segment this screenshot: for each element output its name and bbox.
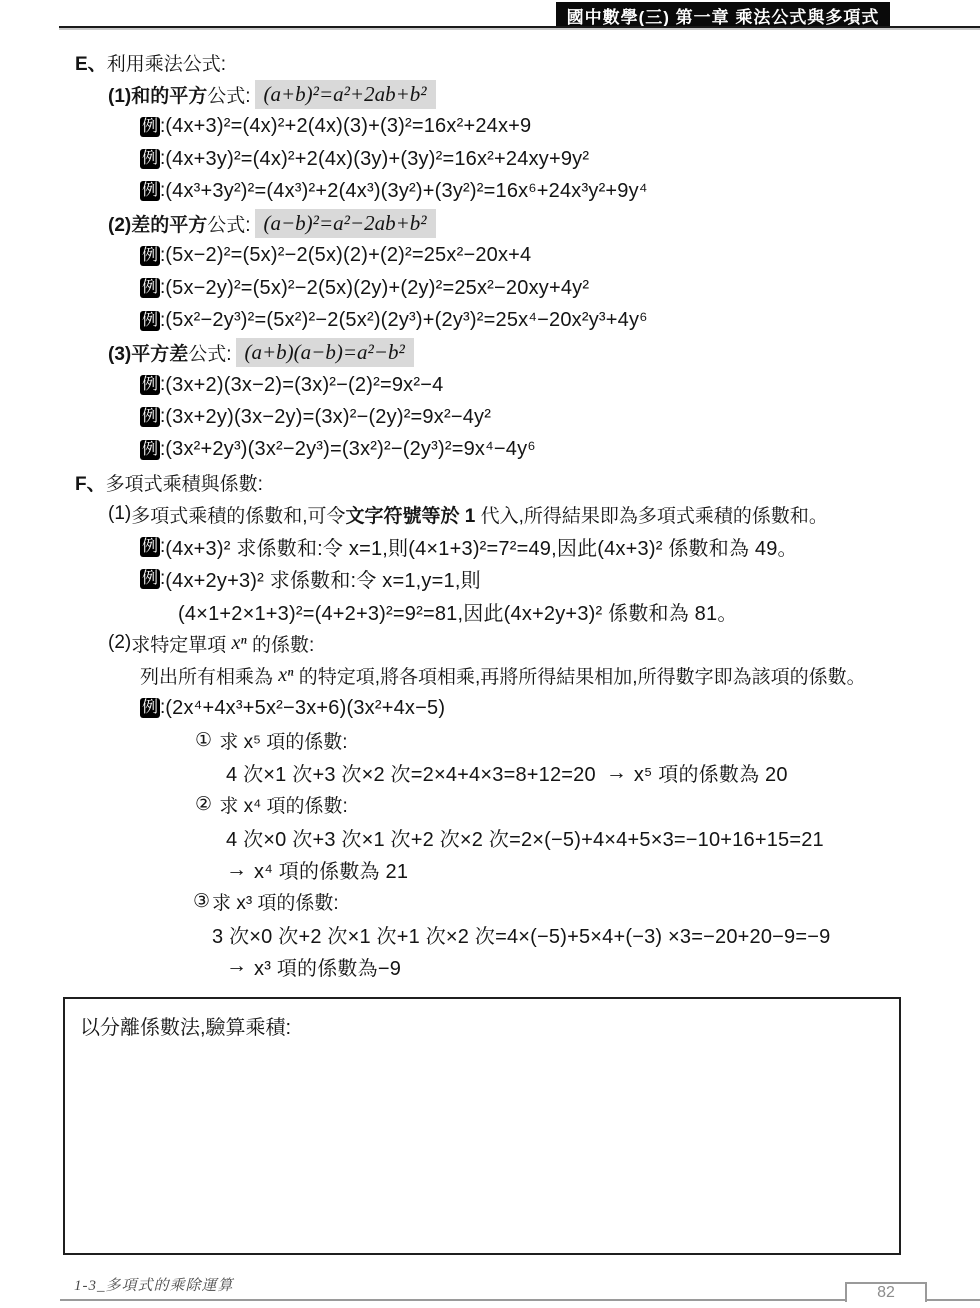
footer-rule-left: [60, 1299, 845, 1301]
chapter-header-title: 國中數學(三) 第一章 乘法公式與多項式: [567, 3, 880, 28]
formula-label: (2)差的平方: [108, 210, 207, 237]
example-math: (4x+2y+3)² 求係數和:令 x=1,y=1,則: [165, 564, 481, 593]
section-e-heading: E、利用乘法公式:: [60, 46, 960, 78]
footer-rule-right: [925, 1299, 980, 1301]
step-result-text: x³ 項的係數為−9: [254, 952, 401, 981]
example-badge: 例: [140, 569, 160, 589]
variable-xn: xⁿ: [232, 632, 247, 655]
formula-suffix: 公式:: [188, 339, 231, 366]
circled-1: ①: [195, 729, 212, 752]
specific-term-description: 列出所有相乘為 xⁿ 的特定項,將各項相乘,再將所得結果相加,所得數字即為該項的…: [60, 660, 960, 692]
circled-3: ③: [193, 890, 210, 913]
example-line: 例:(4x+2y+3)² 求係數和:令 x=1,y=1,則: [60, 563, 960, 595]
practice-box-title: 以分離係數法,驗算乘積:: [65, 999, 899, 1040]
example-line: 例:(5x²−2y³)²=(5x²)²−2(5x²)(2y³)+(2y³)²=2…: [60, 304, 960, 336]
formula-heading-diff-square: (2)差的平方公式:(a−b)²=a²−2ab+b²: [60, 207, 960, 239]
formula-suffix: 公式:: [207, 210, 250, 237]
practice-box: 以分離係數法,驗算乘積:: [63, 997, 901, 1255]
example-line: 例:(2x⁴+4x³+5x²−3x+6)(3x²+4x−5): [60, 692, 960, 724]
item-number: (2): [108, 632, 131, 654]
example-line: 例:(5x−2y)²=(5x)²−2(5x)(2y)+(2y)²=25x²−20…: [60, 272, 960, 304]
textbook-page: 國中數學(三) 第一章 乘法公式與多項式 E、利用乘法公式: (1)和的平方公式…: [0, 0, 980, 1308]
example-line: 例:(4x+3)² 求係數和:令 x=1,則(4×1+3)²=7²=49,因此(…: [60, 530, 960, 562]
heading-pre: 求特定單項: [131, 630, 231, 657]
specific-term-heading: (2)求特定單項 xⁿ 的係數:: [60, 627, 960, 659]
formula-label: (3)平方差: [108, 339, 188, 366]
arrow-icon: →: [226, 954, 247, 978]
example-math: (5x−2y)²=(5x)²−2(5x)(2y)+(2y)²=25x²−20xy…: [165, 277, 589, 300]
example-badge: 例: [140, 537, 160, 557]
example-math: (4x+3)² 求係數和:令 x=1,則(4×1+3)²=7²=49,因此(4x…: [165, 532, 797, 561]
example-line: 例:(4x³+3y²)²=(4x³)²+2(4x³)(3y²)+(3y²)²=1…: [60, 175, 960, 207]
example-line: 例:(3x+2y)(3x−2y)=(3x)²−(2y)²=9x²−4y²: [60, 401, 960, 433]
page-number: 82: [877, 1284, 895, 1302]
example-line: 例:(3x+2)(3x−2)=(3x)²−(2)²=9x²−4: [60, 369, 960, 401]
step-3-result: →x³ 項的係數為−9: [60, 950, 960, 982]
section-e-title: 利用乘法公式:: [107, 49, 226, 76]
example-badge: 例: [140, 278, 160, 298]
example-math: (5x−2)²=(5x)²−2(5x)(2)+(2)²=25x²−20x+4: [165, 244, 531, 267]
chapter-header-bar: 國中數學(三) 第一章 乘法公式與多項式: [556, 2, 890, 28]
formula-highlight: (a−b)²=a²−2ab+b²: [255, 209, 436, 238]
example-badge: 例: [140, 407, 160, 427]
page-content: E、利用乘法公式: (1)和的平方公式:(a+b)²=a²+2ab+b² 例:(…: [60, 46, 960, 983]
top-rule: [59, 26, 980, 30]
section-f-title: 多項式乘積與係數:: [106, 469, 263, 496]
step-1-calc: 4 次×1 次+3 次×2 次=2×4+4×3=8+12=20→x⁵ 項的係數為…: [60, 757, 960, 789]
formula-heading-sum-square: (1)和的平方公式:(a+b)²=a²+2ab+b²: [60, 78, 960, 110]
step-2-calc: 4 次×0 次+3 次×1 次+2 次×2 次=2×(−5)+4×4+5×3=−…: [60, 821, 960, 853]
rule-text-pre: 多項式乘積的係數和,可令: [131, 501, 345, 528]
step-calc-math: 3 次×0 次+2 次×1 次+1 次×2 次=4×(−5)+5×4+(−3) …: [212, 920, 830, 949]
step-title-text: 求 x⁴ 項的係數:: [214, 791, 348, 818]
step-2-title: ② 求 x⁴ 項的係數:: [60, 789, 960, 821]
example-math: (3x+2y)(3x−2y)=(3x)²−(2y)²=9x²−4y²: [165, 406, 491, 429]
rule-text-post: 代入,所得結果即為多項式乘積的係數和。: [475, 501, 828, 528]
example-line: 例:(5x−2)²=(5x)²−2(5x)(2)+(2)²=25x²−20x+4: [60, 240, 960, 272]
step-result-text: x⁴ 項的係數為 21: [254, 855, 408, 884]
section-f-heading: F、多項式乘積與係數:: [60, 466, 960, 498]
example-badge: 例: [140, 117, 160, 137]
formula-suffix: 公式:: [207, 81, 250, 108]
rule-text-bold: 文字符號等於 1: [346, 501, 476, 528]
arrow-icon: →: [226, 858, 247, 882]
example-math: (4x³+3y²)²=(4x³)²+2(4x³)(3y²)+(3y²)²=16x…: [165, 180, 647, 203]
formula-highlight: (a+b)(a−b)=a²−b²: [236, 338, 414, 367]
coefficient-sum-rule: (1)多項式乘積的係數和,可令文字符號等於 1 代入,所得結果即為多項式乘積的係…: [60, 498, 960, 530]
example-math: (5x²−2y³)²=(5x²)²−2(5x²)(2y³)+(2y³)²=25x…: [165, 309, 647, 332]
formula-highlight: (a+b)²=a²+2ab+b²: [255, 80, 436, 109]
step-2-result: →x⁴ 項的係數為 21: [60, 853, 960, 885]
example-line: 例:(4x+3y)²=(4x)²+2(4x)(3y)+(3y)²=16x²+24…: [60, 143, 960, 175]
step-1-title: ① 求 x⁵ 項的係數:: [60, 724, 960, 756]
desc-pre: 列出所有相乘為: [140, 662, 278, 689]
example-badge: 例: [140, 698, 160, 718]
example-line: 例:(3x²+2y³)(3x²−2y³)=(3x²)²−(2y³)²=9x⁴−4…: [60, 434, 960, 466]
example-math: (3x²+2y³)(3x²−2y³)=(3x²)²−(2y³)²=9x⁴−4y⁶: [165, 438, 535, 461]
heading-post: 的係數:: [247, 630, 315, 657]
step-3-title: ③求 x³ 項的係數:: [60, 886, 960, 918]
example-badge: 例: [140, 375, 160, 395]
variable-xn: xⁿ: [278, 664, 293, 687]
step-title-text: 求 x⁵ 項的係數:: [214, 727, 348, 754]
example-badge: 例: [140, 311, 160, 331]
step-calc-math: 4 次×0 次+3 次×1 次+2 次×2 次=2×(−5)+4×4+5×3=−…: [226, 823, 824, 852]
example-badge: 例: [140, 440, 160, 460]
step-title-text: 求 x³ 項的係數:: [212, 888, 339, 915]
example-line: 例:(4x+3)²=(4x)²+2(4x)(3)+(3)²=16x²+24x+9: [60, 111, 960, 143]
example-badge: 例: [140, 246, 160, 266]
formula-label: (1)和的平方: [108, 81, 207, 108]
step-result-text: x⁵ 項的係數為 20: [634, 758, 788, 787]
example-badge: 例: [140, 149, 160, 169]
section-f-letter: F、: [75, 469, 106, 496]
example-math: (3x+2)(3x−2)=(3x)²−(2)²=9x²−4: [165, 374, 443, 397]
example-badge: 例: [140, 181, 160, 201]
example-math: (4×1+2×1+3)²=(4+2+3)²=9²=81,因此(4x+2y+3)²…: [178, 597, 738, 626]
example-polynomial: (2x⁴+4x³+5x²−3x+6)(3x²+4x−5): [165, 697, 445, 720]
page-number-tab: 82: [845, 1282, 927, 1302]
example-math: (4x+3)²=(4x)²+2(4x)(3)+(3)²=16x²+24x+9: [165, 115, 531, 138]
step-calc-math: 4 次×1 次+3 次×2 次=2×4+4×3=8+12=20: [226, 758, 596, 787]
circled-2: ②: [195, 793, 212, 816]
arrow-icon: →: [606, 761, 627, 785]
footer-section-label: 1-3_多項式的乘除運算: [74, 1274, 234, 1295]
section-e-letter: E、: [75, 49, 107, 76]
example-continuation-line: (4×1+2×1+3)²=(4+2+3)²=9²=81,因此(4x+2y+3)²…: [60, 595, 960, 627]
item-number: (1): [108, 503, 131, 525]
desc-post: 的特定項,將各項相乘,再將所得結果相加,所得數字即為該項的係數。: [293, 662, 865, 689]
step-3-calc: 3 次×0 次+2 次×1 次+1 次×2 次=4×(−5)+5×4+(−3) …: [60, 918, 960, 950]
example-math: (4x+3y)²=(4x)²+2(4x)(3y)+(3y)²=16x²+24xy…: [165, 148, 589, 171]
formula-heading-square-diff: (3)平方差公式:(a+b)(a−b)=a²−b²: [60, 337, 960, 369]
